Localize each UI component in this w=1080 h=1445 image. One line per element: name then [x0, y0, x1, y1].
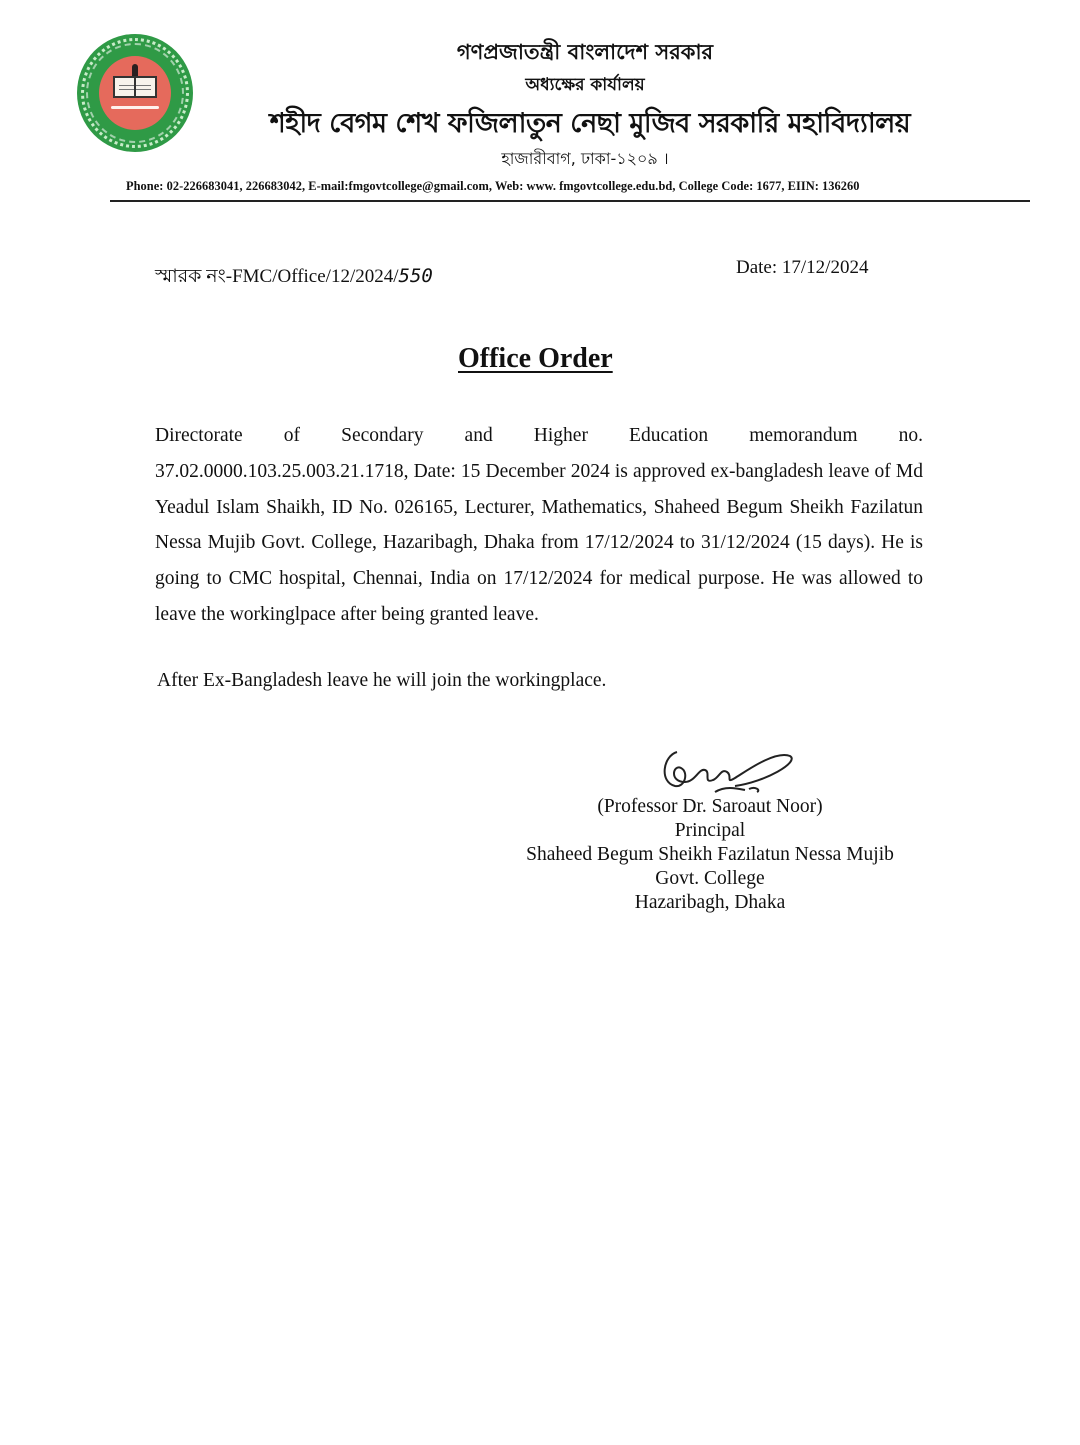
memo-prefix: স্মারক নং-FMC/Office/12/2024/: [155, 266, 399, 287]
signatory-block: (Professor Dr. Saroaut Noor) Principal S…: [490, 795, 930, 915]
signatory-name: (Professor Dr. Saroaut Noor): [490, 795, 930, 819]
document-date: Date: 17/12/2024: [736, 257, 868, 279]
college-logo-icon: [77, 34, 193, 152]
memo-handwritten-number: 550: [399, 265, 433, 287]
header-divider: [110, 200, 1030, 202]
contact-line: Phone: 02-226683041, 226683042, E-mail:f…: [126, 179, 860, 194]
signatory-institution: Shaheed Begum Sheikh Fazilatun Nessa Muj…: [490, 843, 930, 867]
office-name: অধ্যক্ষের কার্যালয়: [350, 72, 820, 100]
memo-reference: স্মারক নং-FMC/Office/12/2024/550: [155, 262, 433, 294]
body-paragraph-1: Directorate of Secondary and Higher Educ…: [155, 418, 923, 633]
signatory-institution-2: Govt. College: [490, 867, 930, 891]
body-paragraph-2: After Ex-Bangladesh leave he will join t…: [157, 670, 606, 692]
signature-icon: [655, 742, 800, 798]
signatory-designation: Principal: [490, 819, 930, 843]
open-book-icon: [113, 76, 157, 98]
logo-motto: [111, 106, 159, 109]
signatory-location: Hazaribagh, Dhaka: [490, 891, 930, 915]
government-name: গণপ্রজাতন্ত্রী বাংলাদেশ সরকার: [350, 36, 820, 71]
college-name: শহীদ বেগম শেখ ফজিলাতুন নেছা মুজিব সরকারি…: [240, 103, 940, 148]
document-title: Office Order: [458, 343, 613, 375]
logo-center: [99, 56, 171, 130]
college-address: হাজারীবাগ, ঢাকা-১২০৯ ।: [350, 146, 820, 173]
